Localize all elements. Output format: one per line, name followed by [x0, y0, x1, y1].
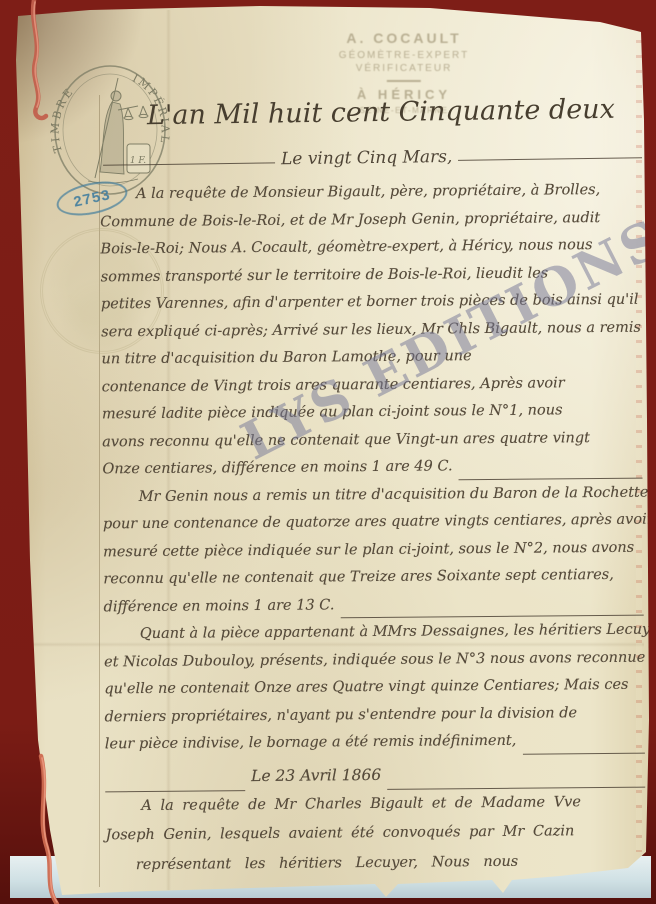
- second-date-text: Le 23 Avril 1866: [251, 765, 381, 796]
- manuscript-heading-year: L'an Mil huit cent Cinquante deux: [147, 94, 615, 132]
- surveyor-subtitle: VÉRIFICATEUR: [339, 63, 469, 74]
- rule-right: [387, 763, 645, 789]
- surveyor-name: A. COCAULT: [339, 30, 469, 46]
- scanned-document: A. COCAULT GÉOMÈTRE-EXPERT VÉRIFICATEUR …: [0, 0, 656, 904]
- rule-left: [105, 767, 245, 792]
- manuscript-line: leur pièce indivise, le bornage a été re…: [105, 732, 647, 764]
- manuscript-line: A la requête de Mr Charles Bigault et de…: [105, 793, 647, 827]
- manuscript-line: Joseph Genin, lesquels avaient été convo…: [106, 823, 648, 857]
- paper-sheet: A. COCAULT GÉOMÈTRE-EXPERT VÉRIFICATEUR …: [0, 0, 656, 904]
- line-text: leur pièce indivise, le bornage a été re…: [105, 733, 517, 764]
- trailing-rule: [522, 732, 645, 755]
- second-date-line: Le 23 Avril 1866: [105, 763, 647, 798]
- line-text: différence en moins 1 are 13 C.: [104, 597, 335, 627]
- manuscript-date-line: Le vingt Cinq Mars,: [103, 144, 644, 172]
- line-text: représentant les héritiers Lecuyer, Nous…: [136, 853, 518, 872]
- trailing-rule: [459, 457, 643, 480]
- date-text: Le vingt Cinq Mars,: [281, 147, 453, 169]
- rule-right: [458, 144, 642, 161]
- surveyor-title: GÉOMÈTRE-EXPERT: [339, 50, 469, 61]
- letterhead-divider: [387, 80, 421, 82]
- trailing-rule: [340, 594, 643, 618]
- rule-left: [103, 149, 275, 165]
